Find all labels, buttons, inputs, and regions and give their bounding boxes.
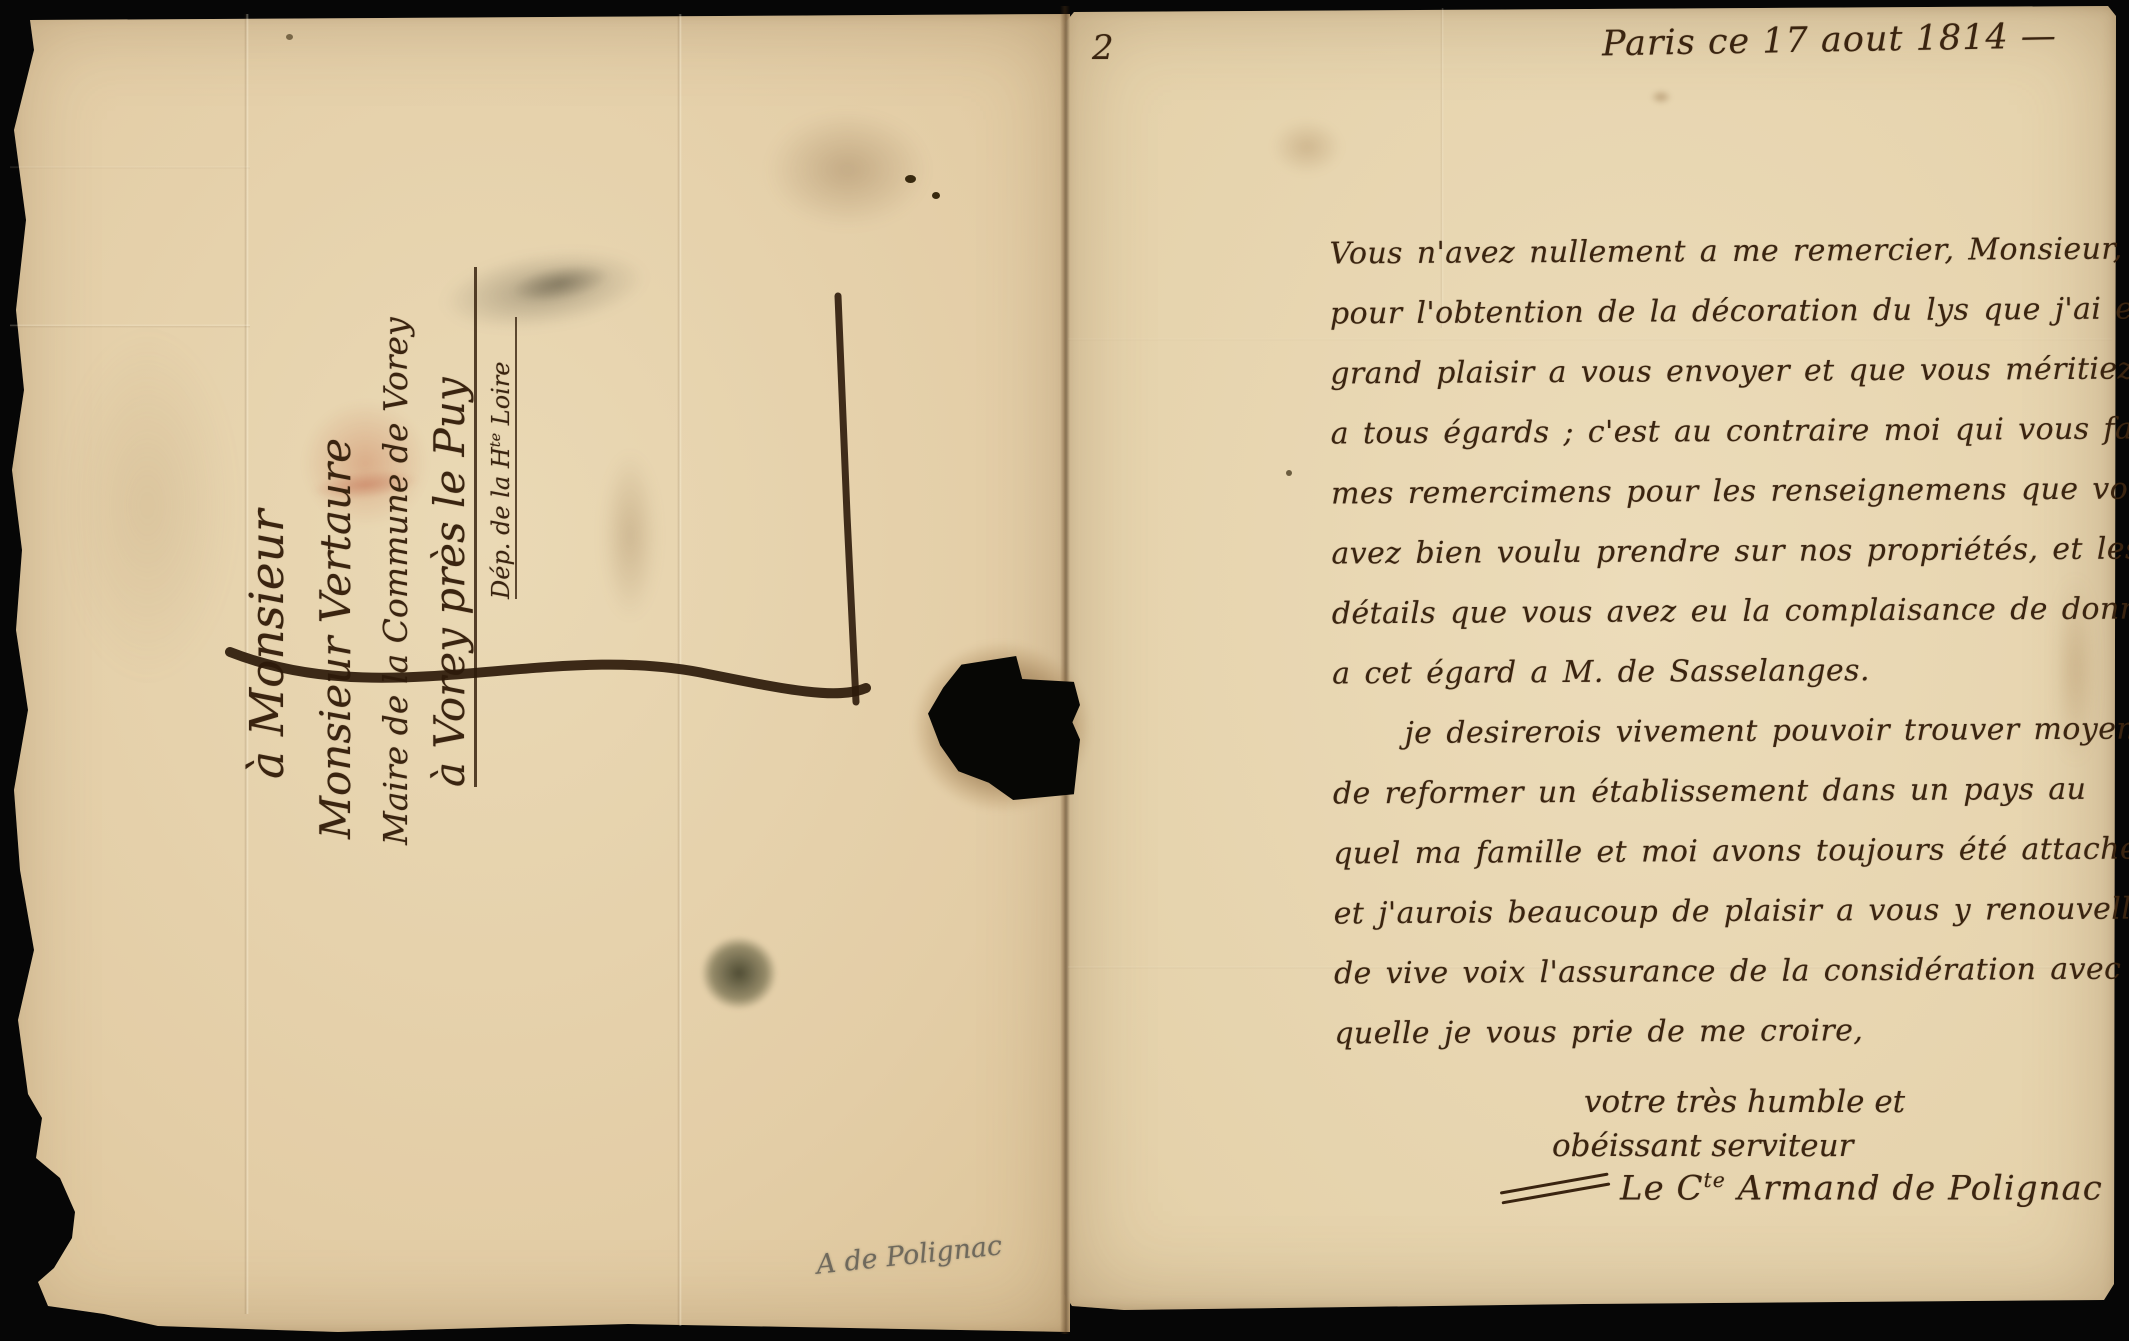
address-superscript: te bbox=[488, 433, 504, 447]
signature-text: Armand de Polignac bbox=[1726, 1168, 2103, 1208]
closing-line: obéissant serviteur bbox=[1552, 1128, 1853, 1164]
closing-line: votre très humble et bbox=[1584, 1084, 1905, 1120]
address-block: à Monsieur Monsieur Vertaure Maire de la… bbox=[240, 295, 660, 845]
body-line: de reformer un établissement dans un pay… bbox=[1333, 760, 2129, 825]
signature: Le Cte Armand de Polignac bbox=[1620, 1168, 2103, 1208]
address-line: à Monsieur bbox=[240, 295, 295, 779]
signature-text: Le C bbox=[1620, 1168, 1704, 1208]
address-line: Maire de la Commune de Vorey bbox=[376, 295, 415, 845]
signature-row: Le Cte Armand de Polignac bbox=[1500, 1168, 2103, 1208]
body-line: quel ma famille et moi avons toujours ét… bbox=[1333, 820, 2129, 885]
body-line: quelle je vous prie de me croire, bbox=[1334, 1000, 2129, 1065]
ink-speck bbox=[932, 192, 940, 199]
address-line: Dép. de la Hte Loire bbox=[487, 318, 517, 600]
body-line: grand plaisir a vous envoyer et que vous… bbox=[1330, 340, 2129, 405]
signature-superscript: te bbox=[1704, 1168, 1726, 1192]
address-line: à Vorey près le Puy bbox=[425, 267, 477, 787]
ink-speck bbox=[905, 175, 916, 183]
ink-speck bbox=[1286, 470, 1292, 476]
address-line-text: Dép. de la H bbox=[487, 447, 515, 599]
page-number: 2 bbox=[1092, 28, 1114, 68]
ink-speck bbox=[286, 34, 293, 40]
body-line: Vous n'avez nullement a me remercier, Mo… bbox=[1329, 220, 2129, 285]
address-line: Monsieur Vertaure bbox=[311, 295, 360, 839]
body-line: avez bien voulu prendre sur nos propriét… bbox=[1331, 520, 2129, 585]
fold-crease bbox=[10, 324, 250, 328]
letter-body: Vous n'avez nullement a me remercier, Mo… bbox=[1329, 220, 2129, 1065]
scanned-letter: à Monsieur Monsieur Vertaure Maire de la… bbox=[0, 0, 2129, 1341]
body-line: a tous égards ; c'est au contraire moi q… bbox=[1331, 400, 2129, 465]
body-line: a cet égard a M. de Sasselanges. bbox=[1332, 640, 2129, 705]
body-line: pour l'obtention de la décoration du lys… bbox=[1330, 280, 2129, 345]
body-line: et j'aurois beaucoup de plaisir a vous y… bbox=[1333, 880, 2129, 945]
address-line-text: Loire bbox=[487, 362, 515, 433]
body-line: de vive voix l'assurance de la considéra… bbox=[1334, 940, 2129, 1005]
body-line: détails que vous avez eu la complaisance… bbox=[1332, 580, 2129, 645]
fold-crease bbox=[677, 14, 682, 1326]
signature-flourish bbox=[1499, 1166, 1612, 1211]
body-line: je desirerois vivement pouvoir trouver m… bbox=[1332, 700, 2129, 765]
fold-crease bbox=[10, 166, 250, 169]
body-line: mes remercimens pour les renseignemens q… bbox=[1331, 460, 2129, 525]
